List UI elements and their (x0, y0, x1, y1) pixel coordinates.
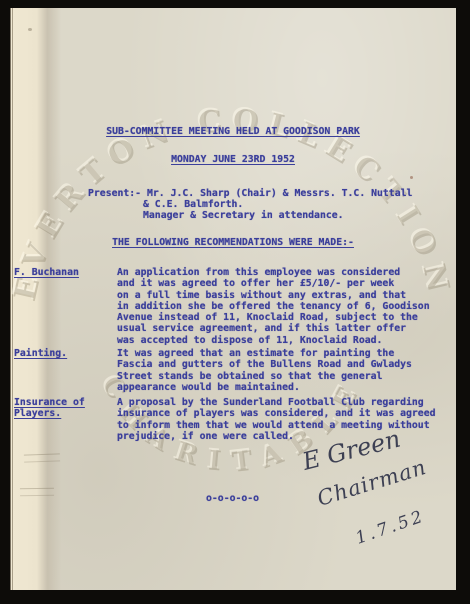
faint-pencil-note (20, 488, 54, 497)
entry-body-painting: It was agreed that an estimate for paint… (117, 348, 412, 393)
faint-pencil-note (24, 453, 60, 462)
present-line-1: Present:- Mr. J.C. Sharp (Chair) & Messr… (88, 188, 412, 199)
entry-label-painting: Painting. (14, 348, 67, 359)
entry-body-insurance: A proposal by the Sunderland Football Cl… (117, 397, 436, 442)
end-separator: o-o-o-o-o (206, 493, 259, 504)
document-page: EVERTON COLLECTION EVERTON COLLECTION CH… (10, 8, 456, 590)
photo-frame: EVERTON COLLECTION EVERTON COLLECTION CH… (0, 0, 470, 604)
signature-role: Chairman (314, 455, 429, 511)
entry-label-buchanan: F. Buchanan (14, 267, 79, 278)
signature-date: 1.7.52 (353, 506, 428, 548)
meeting-date-heading: MONDAY JUNE 23RD 1952 (10, 154, 456, 165)
present-line-3: Manager & Secretary in attendance. (143, 210, 344, 221)
meeting-title: SUB-COMMITTEE MEETING HELD AT GOODISON P… (10, 126, 456, 137)
present-line-2: & C.E. Balmforth. (143, 199, 243, 210)
entry-body-buchanan: An application from this employee was co… (117, 267, 430, 346)
entry-label-insurance: Insurance of Players. (14, 397, 85, 420)
recommendations-heading: THE FOLLOWING RECOMMENDATIONS WERE MADE:… (10, 237, 456, 248)
paper-speck (28, 28, 32, 31)
paper-speck (410, 176, 413, 179)
